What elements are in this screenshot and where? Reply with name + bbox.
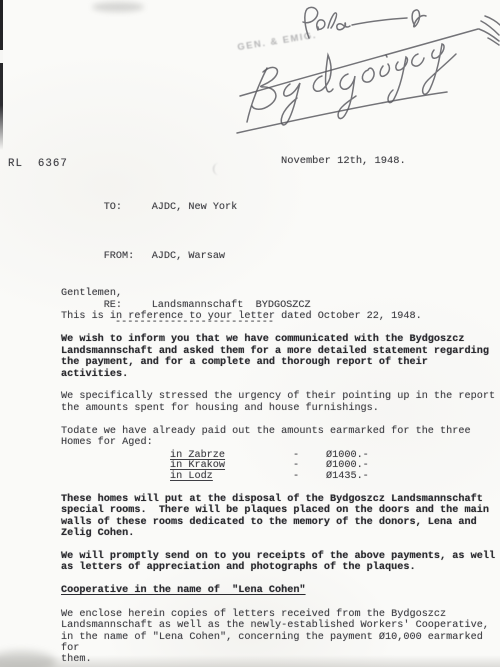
payment-row: in Zabrze - Ø1000.- xyxy=(61,451,500,462)
payment-place: in Lodz xyxy=(170,472,293,483)
payment-row: in Lodz - Ø1435.- xyxy=(61,472,500,483)
from-label: FROM: xyxy=(104,251,152,262)
handwriting-poland-strokes xyxy=(303,7,426,38)
letter-body: Gentlemen, This is in reference to your … xyxy=(61,288,500,666)
scan-bottom-shade xyxy=(0,655,500,667)
paragraph-homes: These homes will put at the disposal of … xyxy=(61,494,500,540)
salutation: Gentlemen, xyxy=(61,288,500,299)
handwritten-annotation xyxy=(0,0,500,160)
paragraph-reference: This is in reference to your letter date… xyxy=(61,311,500,322)
handwriting-bydgoszcz-strokes xyxy=(247,44,456,125)
from-value: AJDC, Warsaw xyxy=(152,251,225,262)
pen-underline-stroke xyxy=(237,92,447,133)
scanned-letter-page: GEN. & EMIG. xyxy=(0,0,500,667)
receiving-stamp: GEN. & EMIG. xyxy=(237,30,318,53)
letter-date: November 12th, 1948. xyxy=(281,156,406,167)
paragraph-urgency: We specifically stressed the urgency of … xyxy=(61,391,500,414)
payment-dash: - xyxy=(293,472,326,483)
reference-number: RL 6367 xyxy=(8,159,68,170)
section-heading-cooperative: Cooperative in the name of "Lena Cohen" xyxy=(61,585,500,596)
scan-edge-artifact xyxy=(0,0,3,150)
paragraph-receipts: We will promptly send on to you receipts… xyxy=(61,551,500,574)
ink-smudge xyxy=(213,163,224,175)
payment-amount: Ø1435.- xyxy=(326,472,369,483)
scan-smudge xyxy=(92,2,144,12)
corner-pen-scribble xyxy=(479,16,500,45)
field-from: FROM:AJDC, Warsaw xyxy=(67,240,311,274)
field-to: TO:AJDC, New York xyxy=(67,191,311,225)
paragraph-communicated: We wish to inform you that we have commu… xyxy=(61,334,500,380)
payments-table: in Zabrze - Ø1000.- in Krakow - Ø1000.- … xyxy=(61,451,500,483)
paragraph-payments-intro: Todate we have already paid out the amou… xyxy=(61,426,500,449)
to-label: TO: xyxy=(104,202,152,213)
to-value: AJDC, New York xyxy=(152,202,238,213)
payment-row: in Krakow - Ø1000.- xyxy=(61,461,500,472)
scan-edge-notch xyxy=(0,50,3,63)
